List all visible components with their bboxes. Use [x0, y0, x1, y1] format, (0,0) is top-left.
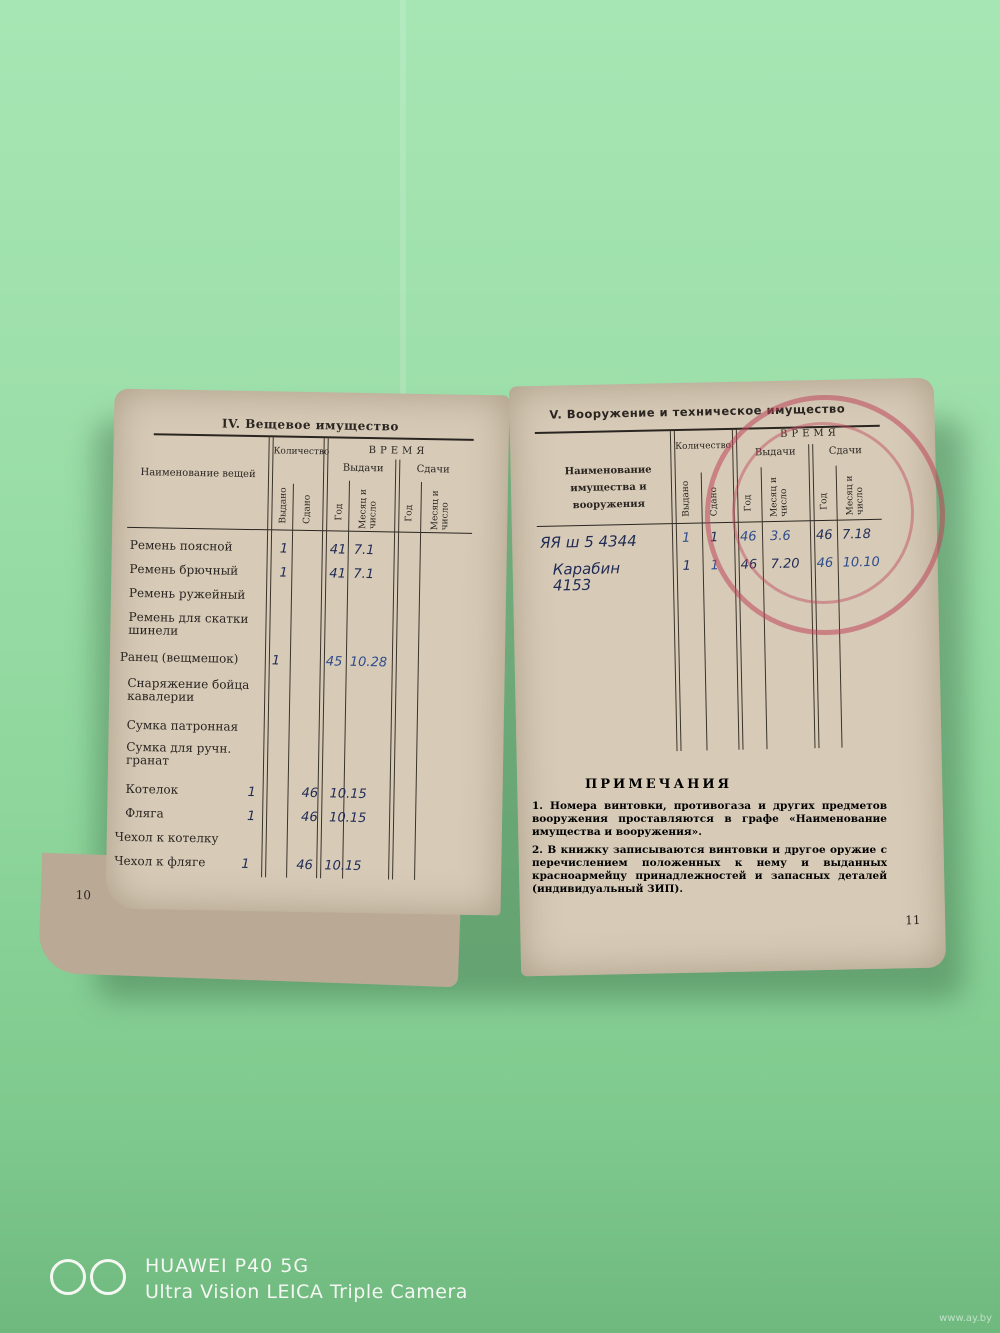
column-time: ВРЕМЯ — [328, 444, 468, 458]
item-name: Чехол к котелку — [115, 831, 219, 846]
item-name: Сумка для ручн. гранат — [126, 741, 256, 769]
left-page: IV. Вещевое имущество Наименование вещей… — [105, 389, 509, 916]
note-1: 1. Номера винтовки, противогаза и других… — [532, 800, 887, 839]
item-name: Ремень ружейный — [129, 587, 246, 602]
camera-logo-icon — [50, 1259, 146, 1295]
item-serial: ЯЯ ш 5 4344 — [540, 532, 637, 552]
issue-date: 10.15 — [329, 810, 366, 826]
item-name: Сумка патронная — [127, 719, 239, 734]
qty-issued: 1 — [272, 653, 281, 668]
qty-issued: 1 — [241, 857, 250, 872]
qty-issued: 1 — [683, 559, 692, 574]
item-name: Ранец (вещмешок) — [120, 651, 239, 666]
qty-issued: 1 — [280, 542, 289, 557]
header-rule — [154, 433, 474, 441]
issue-year: 41 — [330, 542, 347, 557]
issue-year: 46 — [296, 858, 313, 873]
item-name: Чехол к фляге — [114, 855, 205, 870]
column-return-year: Год — [404, 492, 415, 522]
item-name: Снаряжение бойца кавалерии — [127, 677, 262, 705]
notes-title: ПРИМЕЧАНИЯ — [585, 777, 732, 792]
table-row: Снаряжение бойца кавалерии — [109, 677, 505, 720]
qty-issued: 1 — [682, 531, 691, 546]
column-issue: Выдачи — [328, 462, 398, 475]
column-issue-year: Год — [334, 490, 345, 520]
qty-issued: 1 — [247, 809, 256, 824]
table-row: Ремень для скатки шинели — [110, 611, 506, 654]
page-number: 10 — [76, 888, 92, 902]
fabric-fold — [400, 0, 406, 400]
item-name: Котелок — [125, 783, 178, 797]
issue-year: 45 — [326, 654, 343, 669]
column-name: Наименование имущества и вооружения — [550, 461, 666, 514]
item-name: Ремень поясной — [130, 539, 233, 554]
section-title: IV. Вещевое имущество — [222, 416, 399, 433]
site-watermark: www.ay.by — [939, 1313, 992, 1324]
page-number: 11 — [905, 913, 921, 927]
issue-date: 7.1 — [354, 543, 375, 558]
watermark-line-2: Ultra Vision LEICA Triple Camera — [145, 1281, 468, 1303]
item-name: Карабин 4153 — [553, 559, 664, 593]
item-name: Фляга — [125, 807, 164, 821]
table-row: Чехол к фляге 1 46 10.15 — [106, 855, 501, 884]
issue-year: 46 — [301, 810, 318, 825]
watermark-line-1: HUAWEI P40 5G — [145, 1255, 309, 1277]
column-return-month-day: Месяц и число — [430, 482, 451, 530]
column-returned: Сдано — [302, 484, 313, 524]
table-row: Ранец (вещмешок) 1 45 10.28 — [110, 651, 505, 680]
issue-date: 10.15 — [329, 786, 366, 802]
issue-date: 7.1 — [353, 567, 374, 582]
column-return: Сдачи — [403, 464, 463, 477]
column-quantity: Количество — [273, 445, 318, 458]
table-row: Сумка для ручн. гранат — [108, 741, 504, 784]
column-issued: Выдано — [681, 475, 692, 517]
issue-year: 41 — [329, 566, 346, 581]
red-seal-stamp — [705, 395, 945, 635]
issue-date: 10.15 — [324, 858, 361, 874]
note-2: 2. В книжку записываются винтовки и друг… — [532, 844, 887, 896]
qty-issued: 1 — [247, 785, 256, 800]
issue-date: 10.28 — [350, 655, 387, 671]
item-name: Ремень для скатки шинели — [128, 611, 268, 639]
qty-issued: 1 — [279, 565, 288, 580]
item-name: Ремень брючный — [129, 563, 238, 578]
column-issued: Выдано — [278, 483, 289, 523]
column-issue-month-day: Месяц и число — [358, 481, 379, 529]
issue-year: 46 — [301, 786, 318, 801]
column-name: Наименование вещей — [133, 467, 263, 481]
